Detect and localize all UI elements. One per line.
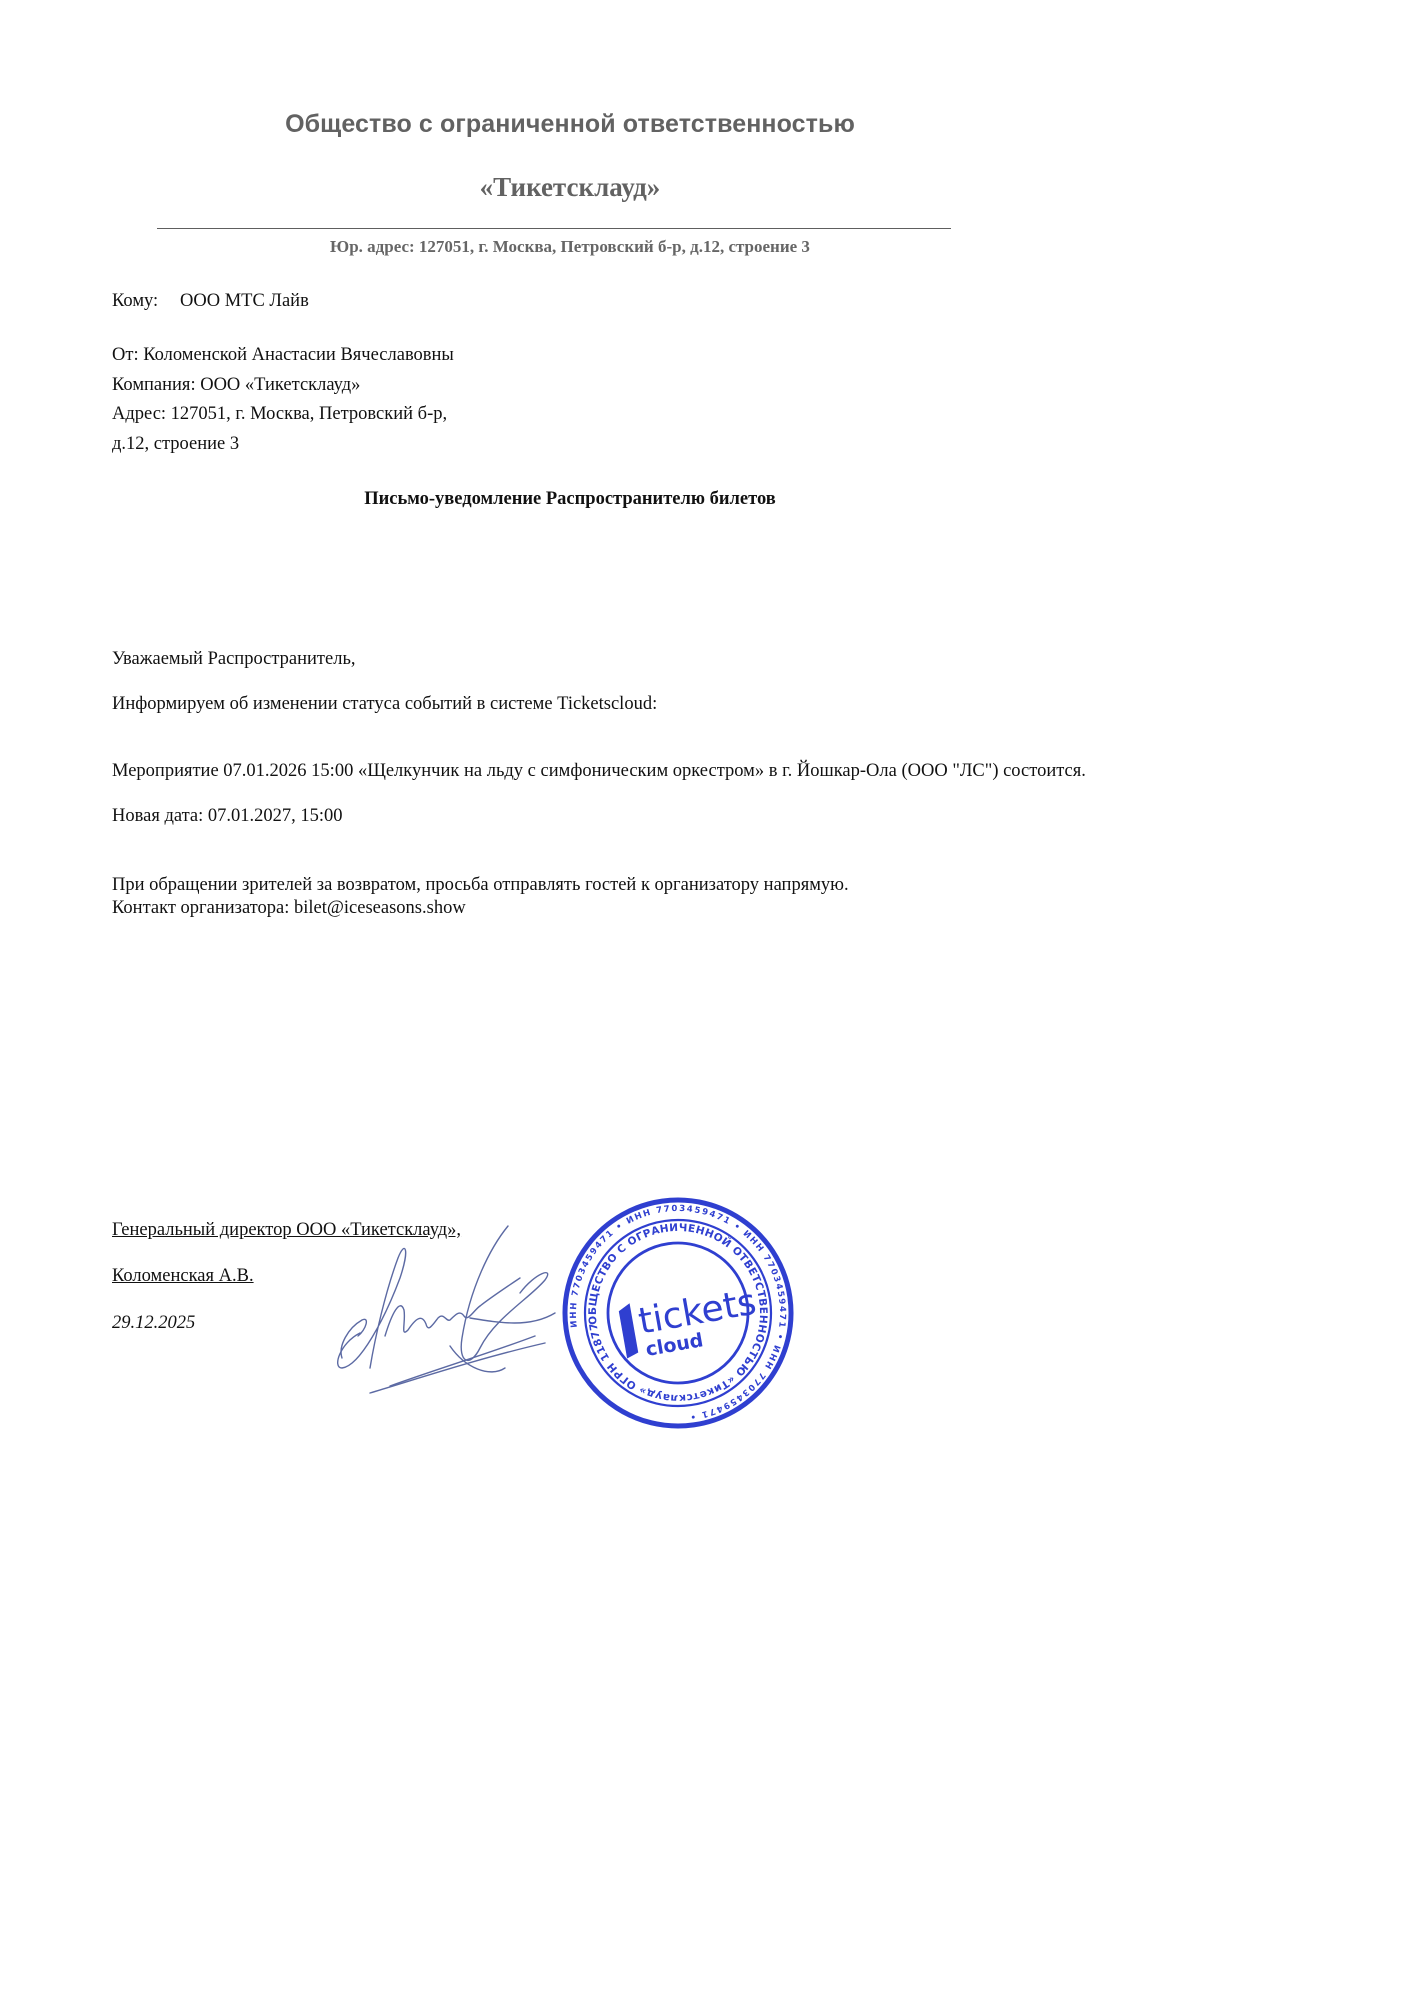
refund-paragraph: При обращении зрителей за возвратом, про…	[112, 874, 849, 920]
letter-title: Письмо-уведомление Распространителю биле…	[0, 489, 1140, 510]
sender-address-line-2: д.12, строение 3	[112, 430, 454, 460]
sender-address-line-1: Адрес: 127051, г. Москва, Петровский б-р…	[112, 400, 454, 430]
organizer-contact: Контакт организатора: bilet@iceseasons.s…	[112, 897, 849, 920]
letter-page: Общество с ограниченной ответственностью…	[0, 0, 1413, 2000]
sender-name: От: Коломенской Анастасии Вячеславовны	[112, 341, 454, 371]
event-status-line: Мероприятие 07.01.2026 15:00 «Щелкунчик …	[112, 761, 1086, 782]
letterhead-org-type: Общество с ограниченной ответственностью	[0, 110, 1140, 139]
company-stamp-icon: ИНН 7703459471 • ИНН 7703459471 • ИНН 77…	[560, 1195, 796, 1431]
new-date-line: Новая дата: 07.01.2027, 15:00	[112, 806, 343, 827]
letterhead-divider	[157, 228, 951, 229]
signatory-name: Коломенская А.В.	[112, 1266, 254, 1287]
intro-paragraph: Информируем об изменении статуса событий…	[112, 694, 657, 715]
signature-date: 29.12.2025	[112, 1313, 195, 1334]
recipient-value: ООО МТС Лайв	[180, 291, 309, 311]
recipient-label: Кому:	[112, 291, 180, 312]
letterhead-org-name: «Тикетсклауд»	[0, 172, 1140, 203]
sender-block: От: Коломенской Анастасии Вячеславовны К…	[112, 341, 454, 459]
handwritten-signature-icon	[330, 1218, 575, 1403]
sender-company: Компания: ООО «Тикетсклауд»	[112, 371, 454, 401]
letterhead-legal-address: Юр. адрес: 127051, г. Москва, Петровский…	[0, 237, 1140, 257]
recipient-line: Кому:ООО МТС Лайв	[112, 291, 309, 312]
greeting: Уважаемый Распространитель,	[112, 649, 356, 670]
refund-instruction: При обращении зрителей за возвратом, про…	[112, 874, 849, 897]
